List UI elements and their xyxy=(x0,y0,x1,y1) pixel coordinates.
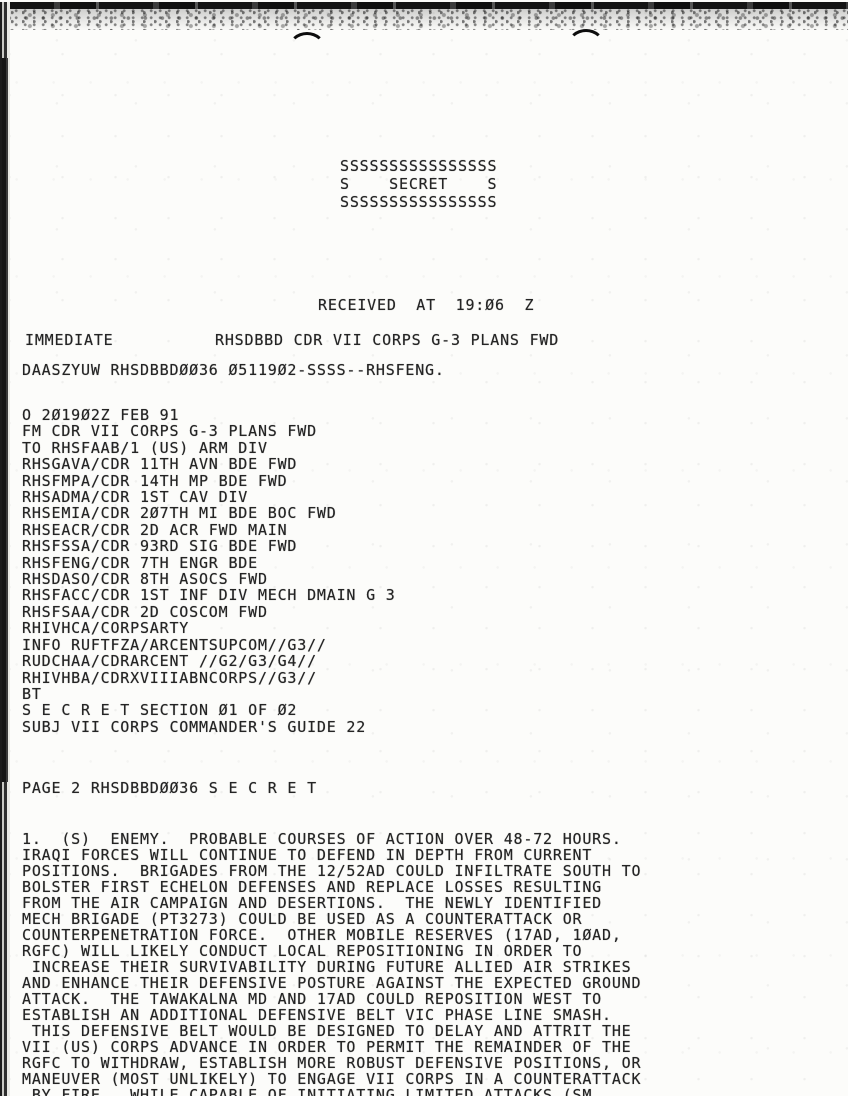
punch-hole-arc-mark-icon xyxy=(288,32,326,66)
received-timestamp: RECEIVED AT 19:Ø6 Z xyxy=(318,296,534,314)
page-header-line: PAGE 2 RHSDBBDØØ36 S E C R E T xyxy=(22,779,317,797)
punch-hole-arc-mark-icon xyxy=(567,29,605,63)
scan-edge-left-dark xyxy=(2,58,8,782)
message-body-paragraph: 1. (S) ENEMY. PROBABLE COURSES OF ACTION… xyxy=(22,831,641,1096)
precedence-label: IMMEDIATE xyxy=(25,331,113,349)
scan-noise-band xyxy=(0,9,848,30)
scanned-document-page: SSSSSSSSSSSSSSSS S SECRET S SSSSSSSSSSSS… xyxy=(0,0,848,1096)
scan-edge-top xyxy=(0,2,848,9)
message-header-block: O 2Ø19Ø2Z FEB 91 FM CDR VII CORPS G-3 PL… xyxy=(22,407,396,735)
routing-indicator-line: DAASZYUW RHSDBBDØØ36 Ø5119Ø2-SSSS--RHSFE… xyxy=(22,361,445,379)
addressee-header: RHSDBBD CDR VII CORPS G-3 PLANS FWD xyxy=(215,331,559,349)
classification-banner: SSSSSSSSSSSSSSSS S SECRET S SSSSSSSSSSSS… xyxy=(340,157,497,211)
